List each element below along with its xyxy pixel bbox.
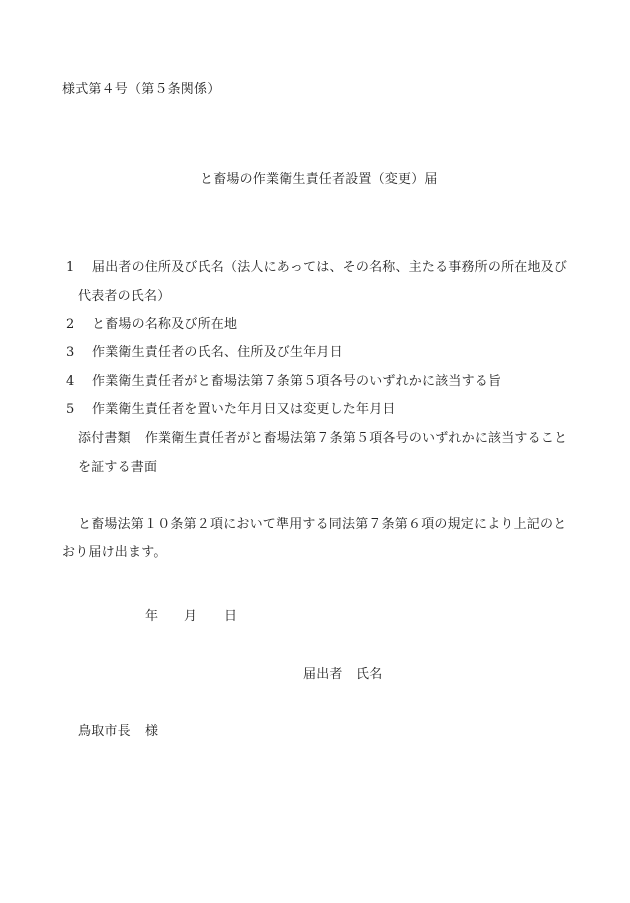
form-number-label: 様式第４号（第５条関係） [62, 82, 220, 98]
document-title: と畜場の作業衛生責任者設置（変更）届 [200, 172, 438, 188]
item-4: 4作業衛生責任者がと畜場法第７条第５項各号のいずれかに該当する旨 [66, 374, 501, 390]
date-day-label: 日 [224, 609, 237, 625]
item-5: 5作業衛生責任者を置いた年月日又は変更した年月日 [66, 402, 396, 418]
item-2: 2と畜場の名称及び所在地 [66, 317, 237, 333]
item-number: 1 [66, 260, 92, 276]
item-text: と畜場の名称及び所在地 [92, 317, 237, 332]
date-year-label: 年 [145, 609, 158, 625]
item-3: 3作業衛生責任者の氏名、住所及び生年月日 [66, 345, 343, 361]
addressee-name: 鳥取市長 [78, 724, 131, 740]
item-text: 作業衛生責任者の氏名、住所及び生年月日 [92, 345, 343, 360]
item-number: 2 [66, 317, 92, 333]
item-text: 作業衛生責任者がと畜場法第７条第５項各号のいずれかに該当する旨 [92, 374, 501, 389]
item-text: 届出者の住所及び氏名（法人にあっては、その名称、主たる事務所の所在地及び [92, 260, 567, 275]
attachments: 添付書類作業衛生責任者がと畜場法第７条第５項各号のいずれかに該当すること [78, 431, 567, 447]
statement-line-2: おり届け出ます。 [62, 545, 167, 561]
applicant-label: 届出者 [303, 667, 343, 683]
addressee-honorific: 様 [145, 724, 158, 740]
date-month-label: 月 [184, 609, 197, 625]
item-number: 4 [66, 374, 92, 390]
item-1-continuation: 代表者の氏名） [78, 289, 170, 305]
item-number: 5 [66, 402, 92, 418]
attachments-continuation: を証する書面 [78, 460, 157, 476]
statement-line-1: と畜場法第１０条第２項において準用する同法第７条第６項の規定により上記のと [78, 517, 566, 533]
attachments-text: 作業衛生責任者がと畜場法第７条第５項各号のいずれかに該当すること [145, 431, 567, 446]
applicant-name-label: 氏名 [356, 667, 382, 683]
attachments-label: 添付書類 [78, 431, 131, 446]
item-number: 3 [66, 345, 92, 361]
item-text: 作業衛生責任者を置いた年月日又は変更した年月日 [92, 402, 396, 417]
item-1: 1届出者の住所及び氏名（法人にあっては、その名称、主たる事務所の所在地及び [66, 260, 567, 276]
